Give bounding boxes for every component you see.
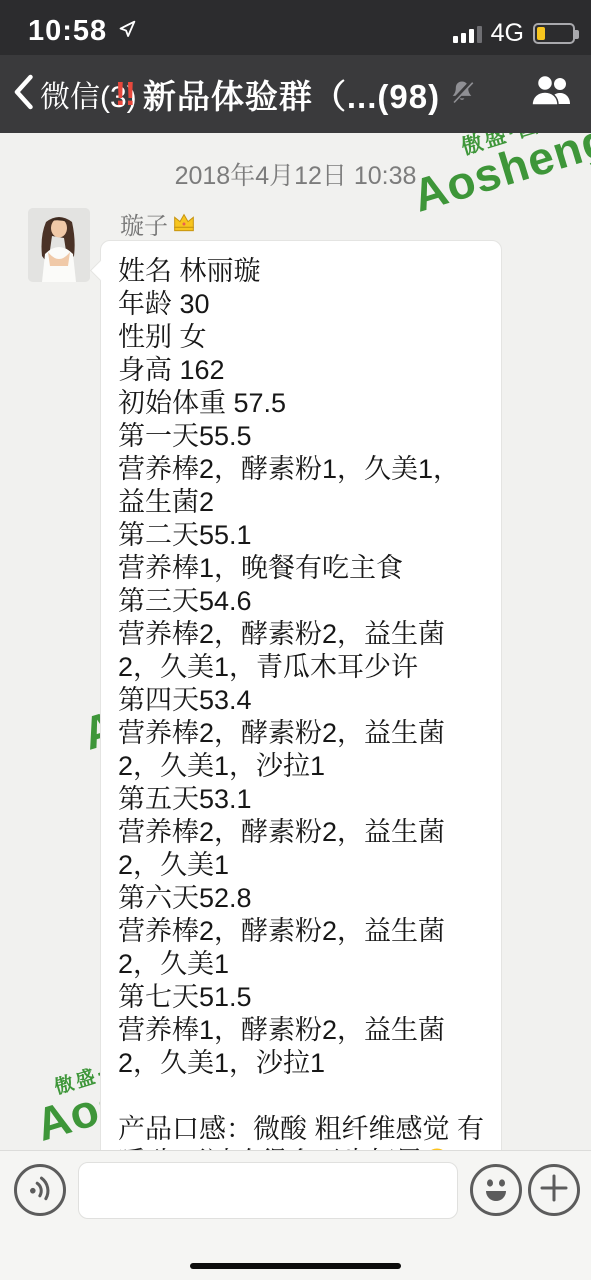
- voice-button[interactable]: [14, 1164, 66, 1216]
- avatar[interactable]: [28, 208, 90, 282]
- sender-name-row: 璇子: [120, 206, 196, 241]
- signal-strength-icon: [453, 25, 482, 43]
- location-arrow-icon: [116, 18, 138, 45]
- wechat-chat-screen: 10:58 4G 微信(3) !! 新品体验群（...(98): [0, 0, 591, 1280]
- contacts-icon: [530, 74, 574, 115]
- home-indicator[interactable]: [190, 1263, 401, 1269]
- plus-icon: [537, 1171, 571, 1210]
- message-text: 姓名 林丽璇 年龄 30 性别 女 身高 162 初始体重 57.5 第一天55…: [118, 255, 484, 1212]
- smiley-icon: [479, 1171, 513, 1210]
- voice-icon: [26, 1174, 54, 1207]
- back-label: 微信(3): [40, 72, 137, 116]
- nav-bar: 微信(3) !! 新品体验群（...(98): [0, 55, 591, 133]
- emoji-button[interactable]: [470, 1164, 522, 1216]
- network-type-label: 4G: [491, 19, 524, 48]
- battery-icon: [533, 23, 575, 44]
- date-header: 2018年4月12日 10:38: [0, 156, 591, 192]
- group-members-button[interactable]: [529, 73, 575, 115]
- crown-emoji-icon: [172, 210, 196, 234]
- chat-title-text: 新品体验群（...(98): [143, 71, 440, 118]
- more-button[interactable]: [528, 1164, 580, 1216]
- chevron-left-icon: [12, 74, 34, 115]
- status-bar: 10:58 4G: [0, 0, 591, 55]
- muted-bell-icon: [448, 78, 476, 111]
- input-bar: [0, 1150, 591, 1280]
- clock-time: 10:58: [28, 15, 107, 48]
- message-input[interactable]: [78, 1162, 458, 1219]
- sender-name: 璇子: [120, 206, 168, 241]
- crown-badge: [172, 210, 196, 238]
- back-button[interactable]: 微信(3): [0, 72, 150, 116]
- message-bubble[interactable]: 姓名 林丽璇 年龄 30 性别 女 身高 162 初始体重 57.5 第一天55…: [100, 240, 502, 1227]
